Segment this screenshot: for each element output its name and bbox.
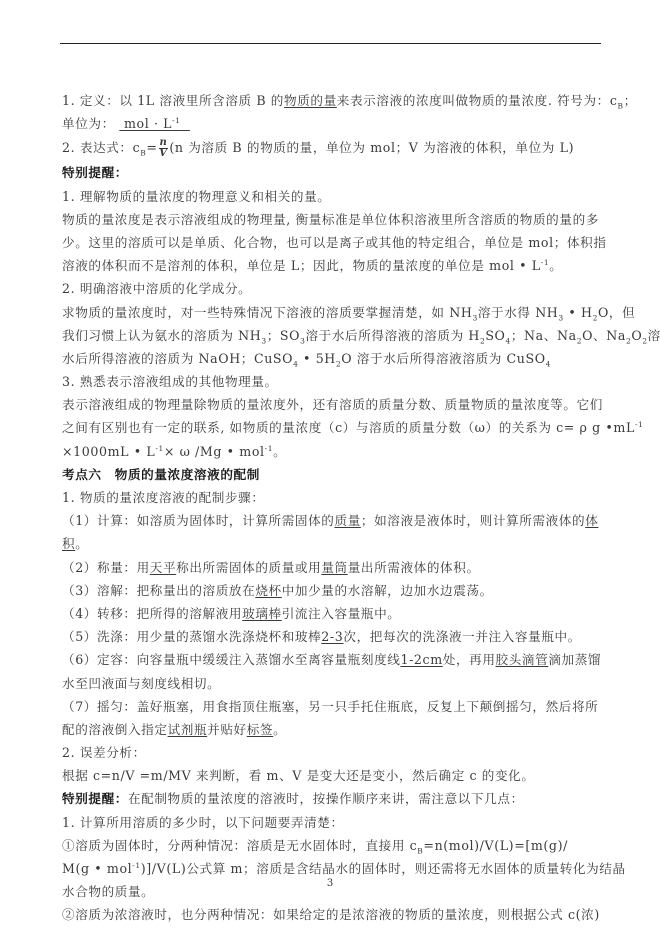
superscript: -1 <box>132 861 141 870</box>
equals: = <box>146 140 157 155</box>
text: O、Na <box>582 328 626 343</box>
paragraph-line: 少。这里的溶质可以是单质、化合物，也可以是离子或其他的特定组合，单位是 mol；… <box>62 231 602 254</box>
step-3: （3）溶解：把称量出的溶质放在烧杯中加少量的水溶解，边加水边震荡。 <box>62 579 602 602</box>
case-1-line: ①溶质为固体时，分两种情况：溶质是无水固体时，直接用 cB=n(mol)/V(L… <box>62 834 602 857</box>
step-4: （4）转移：把所得的溶解液用玻璃棒引流注入容量瓶中。 <box>62 602 602 625</box>
steps-title: 1. 物质的量浓度溶液的配制步骤： <box>62 486 602 509</box>
text: 并贴好 <box>207 722 247 737</box>
step-6: （6）定容：向容量瓶中缓缓注入蒸馏水至离容量瓶刻度线1-2cm处，再用胶头滴管滴… <box>62 648 602 671</box>
underlined-term: 试剂瓶 <box>168 722 208 737</box>
text: × ω /Mg • mol <box>164 444 265 459</box>
unit-line: 单位为： mol · L-1 <box>62 112 602 135</box>
underlined-term: 天平 <box>150 560 176 575</box>
text: ×1000mL • L <box>62 444 155 459</box>
punctuation: 。 <box>273 444 286 459</box>
paragraph-line: 求物质的量浓度时，对一些特殊情况下溶液的溶质要掌握清楚，如 NH3溶于水得 NH… <box>62 301 602 324</box>
text: （5）洗涤：用少量的蒸馏水洗涤烧杯和玻棒 <box>62 629 321 644</box>
text: O <box>631 328 642 343</box>
text: 溶于水后所得溶液的溶质为 H <box>305 328 480 343</box>
case-2-line: ②溶质为浓溶液时，也分两种情况：如果给定的是浓溶液的物质的量浓度，则根据公式 c… <box>62 903 602 926</box>
text: 我们习惯上认为氨水的溶质为 NH <box>62 328 261 343</box>
text: 溶于水得 NH <box>478 305 559 320</box>
underlined-term: 物质的量 <box>284 93 337 108</box>
text: ；如溶液是液体时，则计算所需液体的 <box>361 513 585 528</box>
expression-explanation: (n 为溶质 B 的物质的量，单位为 mol；V 为溶液的体积，单位为 L) <box>169 140 574 155</box>
text: • H <box>564 305 593 320</box>
text: 溶液的体积而不是溶剂的体积，单位是 L；因此，物质的量浓度的单位是 mol • … <box>62 258 541 273</box>
underlined-term: 胶头滴管 <box>496 652 549 667</box>
text: ①溶质为固体时，分两种情况：溶质是无水固体时，直接用 c <box>62 838 417 853</box>
underlined-term: 质量 <box>335 513 361 528</box>
paragraph-line: ×1000mL • L-1× ω /Mg • mol-1。 <box>62 440 602 463</box>
point-1-title: 1. 理解物质的量浓度的物理意义和相关的量。 <box>62 185 602 208</box>
superscript: -1 <box>635 420 644 429</box>
text: （3）溶解：把称量出的溶质放在 <box>62 583 255 598</box>
step-2: （2）称量：用天平称出所需固体的质量或用量筒量出所需液体的体积。 <box>62 556 602 579</box>
definition-text: 来表示溶液的浓度叫做物质的量浓度. 符号为：c <box>337 93 618 108</box>
formula: =n(mol)/V(L)=[m(g)/ <box>423 838 568 853</box>
paragraph-line: 物质的量浓度是表示溶液组成的物理量, 衡量标准是单位体积溶液里所含溶质的物质的量… <box>62 208 602 231</box>
case-1-cont: M(g • mol-1)]/V(L)公式算 m；溶质是含结晶水的固体时，则还需将… <box>62 857 602 880</box>
text: 量出所需液体的体积。 <box>348 560 480 575</box>
text: 次，把每次的洗涤液一并注入容量瓶中。 <box>343 629 581 644</box>
step-7: （7）摇匀：盖好瓶塞，用食指顶住瓶塞，另一只手托住瓶底，反复上下颠倒摇匀，然后将… <box>62 695 602 718</box>
text: （6）定容：向容量瓶中缓缓注入蒸馏水至离容量瓶刻度线 <box>62 652 400 667</box>
document-body: 1. 定义：以 1L 溶液里所含溶质 B 的物质的量来表示溶液的浓度叫做物质的量… <box>62 89 602 927</box>
text: 在配制物质的量浓度的溶液时，按操作顺序来讲，需注意以下几点： <box>128 791 524 806</box>
text: O，但 <box>598 305 635 320</box>
text: 溶于 <box>648 328 660 343</box>
formula: M(g • mol <box>62 861 132 876</box>
text: 中加少量的水溶解，边加水边震荡。 <box>282 583 493 598</box>
text: 配的溶液倒入指定 <box>62 722 168 737</box>
underlined-term: 1-2cm <box>400 652 442 667</box>
text: 滴加蒸馏 <box>548 652 601 667</box>
step-6-cont: 水至凹液面与刻度线相切。 <box>62 672 602 695</box>
text: 求物质的量浓度时，对一些特殊情况下溶液的溶质要掌握清楚，如 NH <box>62 305 472 320</box>
step-7-cont: 配的溶液倒入指定试剂瓶并贴好标签。 <box>62 718 602 741</box>
page-number: 3 <box>0 878 660 889</box>
paragraph-line: 溶液的体积而不是溶剂的体积，单位是 L；因此，物质的量浓度的单位是 mol • … <box>62 254 602 277</box>
step-1-cont: 积。 <box>62 532 602 555</box>
unit-answer: mol · L-1 <box>119 116 189 131</box>
header-rule <box>60 43 601 44</box>
underlined-term: 量筒 <box>321 560 347 575</box>
punctuation: 。 <box>273 722 286 737</box>
reminder-2-line: 特别提醒：在配制物质的量浓度的溶液时，按操作顺序来讲，需注意以下几点： <box>62 787 602 810</box>
expression-label: 2. 表达式：c <box>62 140 140 155</box>
text: 处，再用 <box>443 652 496 667</box>
underlined-term: 积 <box>62 536 75 551</box>
text: • 5H <box>298 351 335 366</box>
superscript: -1 <box>155 443 164 452</box>
unit-label: 单位为： <box>62 116 115 131</box>
text: （2）称量：用 <box>62 560 150 575</box>
underlined-term: 标签 <box>247 722 273 737</box>
underlined-term: 烧杯 <box>255 583 281 598</box>
text: （4）转移：把所得的溶解液用 <box>62 606 242 621</box>
underlined-term: 体 <box>585 513 598 528</box>
expression-line: 2. 表达式：cB=nV(n 为溶质 B 的物质的量，单位为 mol；V 为溶液… <box>62 135 602 161</box>
section-heading: 考点六 物质的量浓度溶液的配制 <box>62 463 602 486</box>
underlined-term: 2-3 <box>321 629 343 644</box>
underlined-term: 玻璃棒 <box>242 606 282 621</box>
text: )]/V(L)公式算 m；溶质是含结晶水的固体时，则还需将无水固体的质量转化为结… <box>141 861 626 876</box>
reminder-heading: 特别提醒： <box>62 161 602 184</box>
superscript: -1 <box>265 443 274 452</box>
text: （1）计算：如溶质为固体时，计算所需固体的 <box>62 513 335 528</box>
text: 称出所需固体的质量或用 <box>176 560 321 575</box>
fraction-n-over-v: nV <box>159 138 169 159</box>
error-analysis-text: 根据 c=n/V =m/MV 来判断，看 m、V 是变大还是变小，然后确定 c … <box>62 764 602 787</box>
text: 引流注入容量瓶中。 <box>282 606 401 621</box>
reminder-heading: 特别提醒： <box>62 791 128 806</box>
calc-title: 1. 计算所用溶质的多少时，以下问题要弄清楚： <box>62 811 602 834</box>
superscript: -1 <box>172 116 181 125</box>
error-analysis-title: 2. 误差分析： <box>62 741 602 764</box>
point-3-title: 3. 熟悉表示溶液组成的其他物理量。 <box>62 370 602 393</box>
punctuation: 。 <box>549 258 562 273</box>
punctuation: 。 <box>75 536 88 551</box>
superscript: -1 <box>541 258 550 267</box>
definition-text: 1. 定义：以 1L 溶液里所含溶质 B 的 <box>62 93 284 108</box>
fraction-denominator: V <box>159 149 169 159</box>
paragraph-line: 表示溶液组成的物理量除物质的量浓度外，还有溶质的质量分数、质量物质的量浓度等。它… <box>62 393 602 416</box>
paragraph-line: 水后所得溶液的溶质为 NaOH；CuSO4 • 5H2O 溶于水后所得溶液溶质为… <box>62 347 602 370</box>
text: 之间有区别也有一定的联系, 如物质的量浓度（c）与溶质的质量分数（ω）的关系为 … <box>62 420 635 435</box>
step-1: （1）计算：如溶质为固体时，计算所需固体的质量；如溶液是液体时，则计算所需液体的… <box>62 509 602 532</box>
punctuation: ； <box>624 93 637 108</box>
text: 水后所得溶液的溶质为 NaOH；CuSO <box>62 351 293 366</box>
text: ；SO <box>267 328 300 343</box>
subscript: 4 <box>546 359 551 368</box>
text: ；Na、Na <box>511 328 577 343</box>
unit-value: mol · L <box>119 116 172 131</box>
paragraph-line: 我们习惯上认为氨水的溶质为 NH3；SO3溶于水后所得溶液的溶质为 H2SO4；… <box>62 324 602 347</box>
paragraph-line: 之间有区别也有一定的联系, 如物质的量浓度（c）与溶质的质量分数（ω）的关系为 … <box>62 416 602 439</box>
point-2-title: 2. 明确溶液中溶质的化学成分。 <box>62 277 602 300</box>
text: O 溶于水后所得溶液溶质为 CuSO <box>341 351 545 366</box>
definition-line: 1. 定义：以 1L 溶液里所含溶质 B 的物质的量来表示溶液的浓度叫做物质的量… <box>62 89 602 112</box>
step-5: （5）洗涤：用少量的蒸馏水洗涤烧杯和玻棒2-3次，把每次的洗涤液一并注入容量瓶中… <box>62 625 602 648</box>
text: SO <box>485 328 505 343</box>
